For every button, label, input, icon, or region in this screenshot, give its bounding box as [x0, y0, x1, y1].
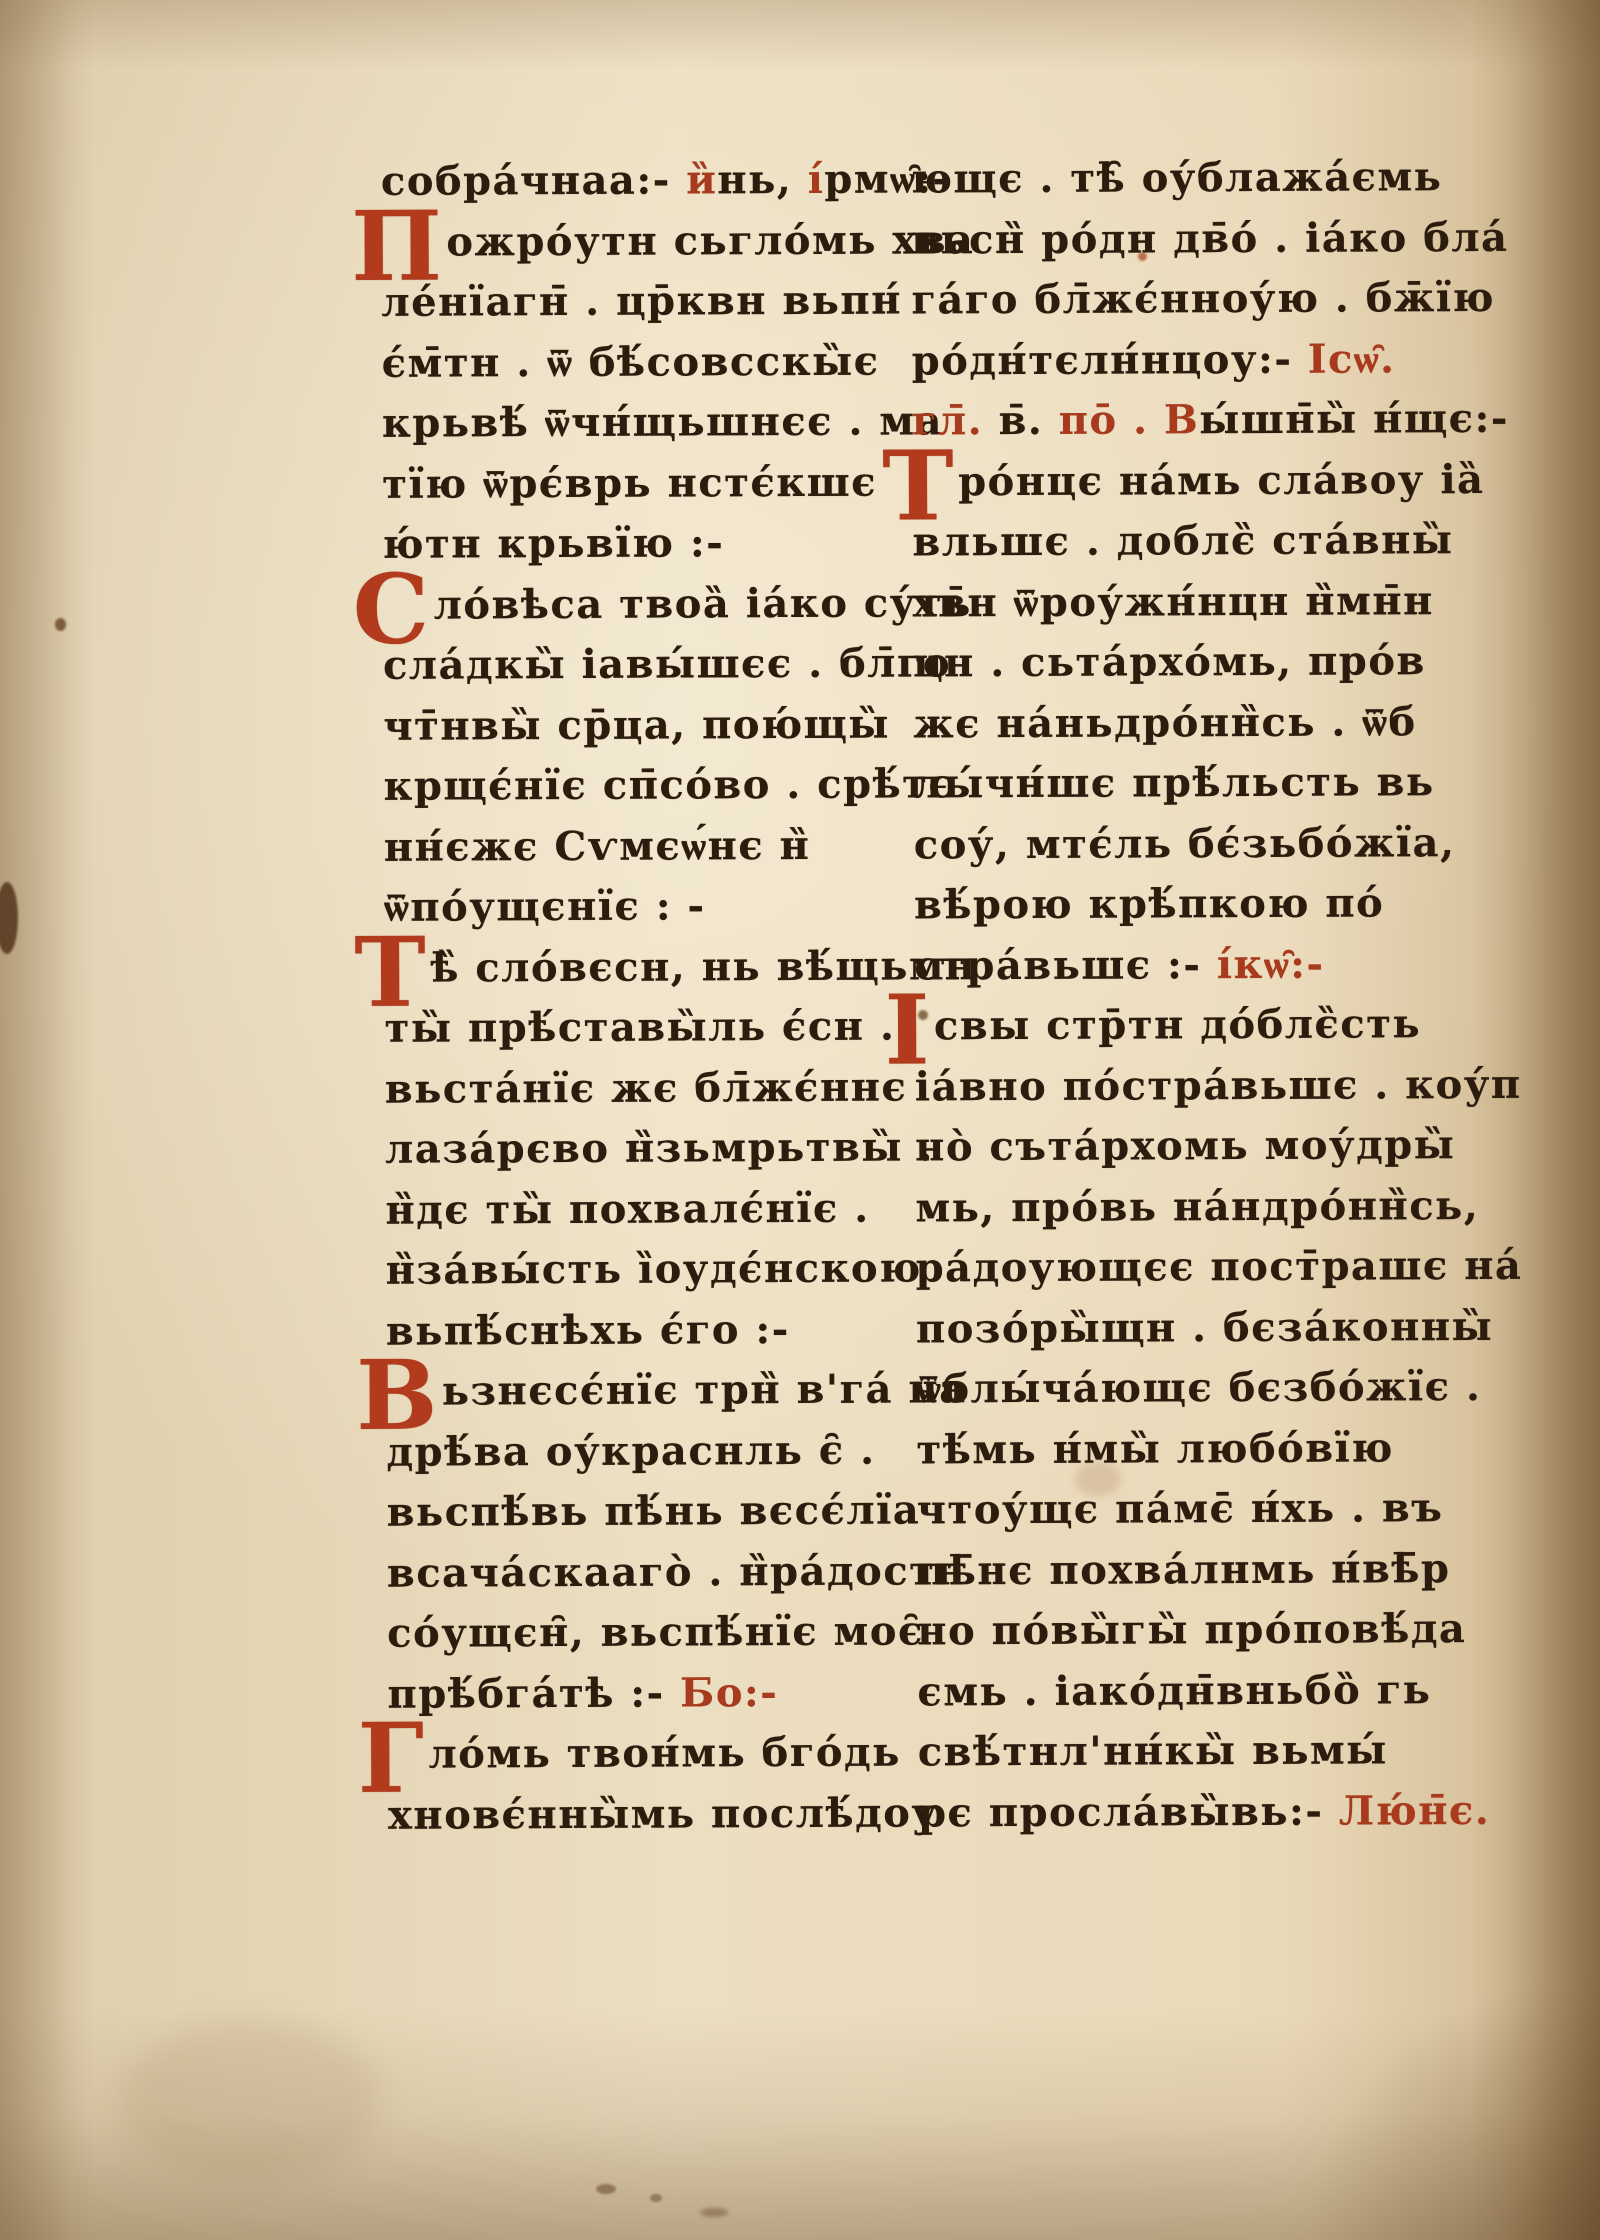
rubric-segment: по̄ .	[1059, 396, 1164, 443]
text-segment: крщє́нїє сп̄со́во . срѣ́тє	[383, 760, 954, 809]
text-segment: іа́вно по́стра́вьшє . коу́п	[915, 1060, 1522, 1110]
text-segment: лаза́рєво н̏зьмрьтвы̏ .	[385, 1123, 934, 1172]
text-line: прѣ́бга́тѣ :- Бо:-	[387, 1662, 892, 1725]
text-segment: тѣ́мь н́мы̏ любо́вїю	[916, 1424, 1394, 1473]
text-line: вьспѣ́вь пѣ́нь вєсє́лїа	[387, 1481, 892, 1544]
text-line: крщє́нїє сп̄со́во . срѣ́тє	[383, 755, 888, 818]
text-line: позо́ры̏щн . бєза́конны̏	[916, 1297, 1416, 1360]
text-column-right: ющє . тѣ̑ оу́блажа́ємьвьсн̏ ро́дн дв̄о́ …	[911, 147, 1418, 1843]
text-segment: ѿблы́ча́ющє бєзбо́жїє .	[916, 1363, 1481, 1412]
rubric-segment: Ісѡ̑.	[1308, 335, 1396, 382]
text-segment: є́м̄тн . ѿ бѣ́совсскы̏є	[382, 337, 880, 386]
text-line: вѣ́рою крѣ́пкою по́	[914, 873, 1414, 936]
text-line: іа́вно по́стра́вьшє . коу́п	[915, 1055, 1415, 1118]
text-segment: жє на́ньдро́нн̏сь . ѿб	[913, 698, 1417, 747]
text-segment: ѿпо́ущєнїє : -	[384, 882, 706, 930]
text-line: ю́тн крьвїю :-	[382, 513, 887, 576]
text-line: чт̄нвы̏ ср̄ца, пою́щы̏	[383, 694, 888, 757]
rubric-segment: і́	[808, 156, 825, 203]
text-line: всача́скааго̀ . н̏ра́достн	[387, 1541, 892, 1604]
text-line: Пожро́утн сьгло́мь хва	[381, 210, 886, 273]
text-line: н̏за́вы́сть і̏оудє́нскою	[386, 1239, 891, 1302]
text-segment: нь,	[717, 156, 807, 203]
text-line: тѣ́мь н́мы̏ любо́вїю	[916, 1418, 1416, 1481]
text-segment: га́го бл̄жє́нноу́ю . бж̄їю	[911, 274, 1495, 324]
text-line: жє на́ньдро́нн̏сь . ѿб	[913, 692, 1413, 755]
text-line: сла́дкы̏ іавы́шєє . бл̄го	[383, 634, 888, 697]
text-segment: н̏за́вы́сть і̏оудє́нскою	[386, 1244, 922, 1293]
text-segment: но̀ съта́рхомь моу́дры̏	[915, 1121, 1455, 1170]
text-line: дрѣ́ва оу́краснль є̑ .	[386, 1420, 891, 1483]
text-segment: н̏дє ты̏ похвалє́нїє .	[385, 1184, 869, 1233]
text-segment: ло́вѣса твоа̏ іа́ко су́ть	[434, 579, 972, 628]
text-segment: мь, про́вь на́ндро́нн̏сь,	[915, 1182, 1479, 1231]
text-segment: тїю ѿрє́врь нстє́кшє	[382, 458, 877, 507]
text-line: стра́вьшє :- і́кѡ̑:-	[914, 934, 1414, 997]
text-line: ты̏ прѣ́ставы̏ль є́сн .	[384, 997, 889, 1060]
initial-letter: В	[356, 1366, 439, 1426]
text-line: гл̄. в̄. по̄ . Вы́шн̄ы̏ н́щє:-	[912, 389, 1412, 452]
rubric-segment: и̏	[686, 156, 717, 203]
text-line: лы́чн́шє прѣ́льсть вь	[913, 752, 1413, 815]
text-segment: хв̄н ѿроу́жн́нцн н̏мн̄н	[913, 577, 1434, 626]
text-line: ємь . іако́дн̄вньбо̏ гь	[917, 1660, 1417, 1723]
text-line: га́го бл̄жє́нноу́ю . бж̄їю	[911, 268, 1411, 331]
text-segment: ло́мь твон́мь бго́дь	[428, 1729, 900, 1778]
text-line: ѿпо́ущєнїє : -	[384, 876, 889, 939]
text-segment: крьвѣ́ ѿчн́щьшнєє . ма	[382, 397, 943, 446]
text-line: но̀ съта́рхомь моу́дры̏	[915, 1115, 1415, 1178]
text-segment: позо́ры̏щн . бєза́конны̏	[916, 1302, 1493, 1352]
text-segment: ты̏ прѣ́ставы̏ль є́сн .	[384, 1003, 895, 1052]
initial-letter: П	[351, 216, 443, 276]
text-segment: нн́єжє Сѵмєѡ́нє н̏	[384, 821, 811, 870]
text-line: хновє́нны̏мь послѣ́доу	[388, 1783, 893, 1846]
text-line: соу́, мтє́ль бє́зьбо́жїа,	[914, 813, 1414, 876]
rubric-segment: Бо:-	[680, 1669, 778, 1716]
initial-letter: Т	[882, 456, 955, 516]
text-segment: соу́, мтє́ль бє́зьбо́жїа,	[914, 819, 1456, 868]
text-line: лаза́рєво н̏зьмрьтвы̏ .	[385, 1118, 890, 1181]
text-segment: ы́шн̄ы̏ н́щє:-	[1199, 395, 1509, 443]
text-segment: вьсн̏ ро́дн дв̄о́ . іа́ко бла́	[911, 213, 1509, 263]
text-line: ле́нїагн̄ . цр̄квн вьпн́	[381, 271, 886, 334]
text-segment: вьспѣ́вь пѣ́нь вєсє́лїа	[387, 1486, 921, 1535]
text-segment: прѣ́бга́тѣ :-	[387, 1669, 680, 1717]
text-line: є́м̄тн . ѿ бѣ́совсскы̏є	[382, 331, 887, 394]
text-line: ѿблы́ча́ющє бєзбо́жїє .	[916, 1357, 1416, 1420]
text-line: Тро́нцє на́мь сла́воу іа̏	[912, 450, 1412, 513]
text-segment: свѣ́тнл'нн́кы̏ вьмы́	[918, 1726, 1388, 1775]
text-line: нн́єжє Сѵмєѡ́нє н̏	[384, 815, 889, 878]
text-segment: ємь . іако́дн̄вньбо̏ гь	[917, 1666, 1431, 1715]
text-segment: вьпѣ́снѣхь є́го :-	[386, 1306, 790, 1355]
text-segment: рє просла́вы̏вь:-	[918, 1787, 1339, 1836]
text-segment: свы стр̄тн до́блє̏сть	[934, 1000, 1421, 1049]
text-segment: ра́доующєє пост̄рашє на́	[916, 1242, 1523, 1292]
text-line: цн . сьта́рхо́мь, про́в	[913, 631, 1413, 694]
text-segment: ожро́утн сьгло́мь хва	[446, 216, 974, 265]
initial-letter: С	[353, 579, 431, 639]
manuscript-page: собра́чнаа:- и̏нь, і́рмѡ̑:-Пожро́утн сьг…	[0, 0, 1600, 2240]
text-block: собра́чнаа:- и̏нь, і́рмѡ̑:-Пожро́утн сьг…	[0, 0, 1600, 2240]
text-line: Вьзнєсє́нїє трн̏ в'га́ на	[386, 1360, 891, 1423]
text-line: Ісвы стр̄тн до́блє̏сть	[914, 994, 1414, 1057]
text-line: мь, про́вь на́ндро́нн̏сь,	[915, 1176, 1415, 1239]
text-segment: дрѣ́ва оу́краснль є̑ .	[386, 1426, 875, 1475]
initial-letter: Т	[354, 942, 427, 1002]
text-line: вьсн̏ ро́дн дв̄о́ . іа́ко бла́	[911, 208, 1411, 271]
text-line: вьста́нїє жє бл̄жє́ннє	[385, 1057, 890, 1120]
text-segment: вьста́нїє жє бл̄жє́ннє	[385, 1063, 908, 1112]
text-line: ра́доующєє пост̄рашє на́	[916, 1236, 1416, 1299]
text-segment: пѣ̄нє похва́лнмь н́вѣ̄р	[917, 1545, 1451, 1594]
text-line: крьвѣ́ ѿчн́щьшнєє . ма	[382, 392, 887, 455]
text-segment: лы́чн́шє прѣ́льсть вь	[913, 758, 1434, 807]
text-line: пѣ̄нє похва́лнмь н́вѣ̄р	[917, 1539, 1417, 1602]
text-segment: ро́нцє на́мь сла́воу іа̏	[958, 456, 1485, 505]
rubric-segment: В	[1164, 396, 1200, 443]
text-segment: цн . сьта́рхо́мь, про́в	[913, 637, 1426, 686]
text-line: вльшє . доблє̏ ста́вны̏	[912, 510, 1412, 573]
text-line: чтоу́щє па́мє̄ н́хь . въ	[917, 1478, 1417, 1541]
text-line: н̏дє ты̏ похвалє́нїє .	[385, 1178, 890, 1241]
text-line: Гло́мь твон́мь бго́дь	[388, 1723, 893, 1786]
rubric-segment: і́кѡ̑:-	[1217, 940, 1325, 987]
text-segment: ьзнєсє́нїє трн̏ в'га́ на	[442, 1365, 967, 1414]
text-line: ющє . тѣ̑ оу́блажа́ємь	[911, 147, 1411, 210]
text-segment: ро́дн́тєлн́нцоу:-	[912, 335, 1308, 384]
text-line: тїю ѿрє́врь нстє́кшє	[382, 452, 887, 515]
text-segment: сла́дкы̏ іавы́шєє . бл̄го	[383, 639, 951, 688]
text-line: со́ущєн̑, вьспѣ́нїє моє̑	[387, 1602, 892, 1665]
text-segment: в̄.	[998, 397, 1058, 444]
text-segment: чтоу́щє па́мє̄ н́хь . въ	[917, 1484, 1444, 1533]
text-segment: вльшє . доблє̏ ста́вны̏	[912, 516, 1453, 565]
initial-letter: І	[884, 1000, 931, 1060]
text-segment: вѣ́рою крѣ́пкою по́	[914, 879, 1384, 928]
text-segment: ю́тн крьвїю :-	[382, 519, 724, 567]
text-line: собра́чнаа:- и̏нь, і́рмѡ̑:-	[381, 150, 886, 213]
text-line: ро́дн́тєлн́нцоу:- Ісѡ̑.	[912, 329, 1412, 392]
text-segment: со́ущєн̑, вьспѣ́нїє моє̑	[387, 1607, 924, 1656]
text-segment: но по́вы̏гы̏ про́повѣ́да	[917, 1605, 1466, 1654]
text-line: Тѣ̏ сло́вєсн, нь вѣ́щьмн	[384, 936, 889, 999]
text-segment: стра́вьшє :-	[914, 941, 1217, 989]
text-segment: всача́скааго̀ . н̏ра́достн	[387, 1547, 966, 1597]
text-segment: чт̄нвы̏ ср̄ца, пою́щы̏	[383, 700, 890, 749]
initial-letter: Г	[358, 1729, 426, 1789]
text-column-left: собра́чнаа:- и̏нь, і́рмѡ̑:-Пожро́утн сьг…	[381, 150, 893, 1846]
rubric-segment: Лю́н̄є.	[1339, 1786, 1491, 1834]
text-segment: ющє . тѣ̑ оу́блажа́ємь	[911, 153, 1443, 202]
text-segment: хновє́нны̏мь послѣ́доу	[388, 1789, 939, 1838]
text-line: но по́вы̏гы̏ про́повѣ́да	[917, 1599, 1417, 1662]
text-line: хв̄н ѿроу́жн́нцн н̏мн̄н	[913, 571, 1413, 634]
text-segment: ле́нїагн̄ . цр̄квн вьпн́	[381, 277, 902, 326]
text-line: вьпѣ́снѣхь є́го :-	[386, 1299, 891, 1362]
text-line: свѣ́тнл'нн́кы̏ вьмы́	[918, 1720, 1418, 1783]
text-line: Сло́вѣса твоа̏ іа́ко су́ть	[383, 573, 888, 636]
text-line: рє просла́вы̏вь:- Лю́н̄є.	[918, 1781, 1418, 1844]
